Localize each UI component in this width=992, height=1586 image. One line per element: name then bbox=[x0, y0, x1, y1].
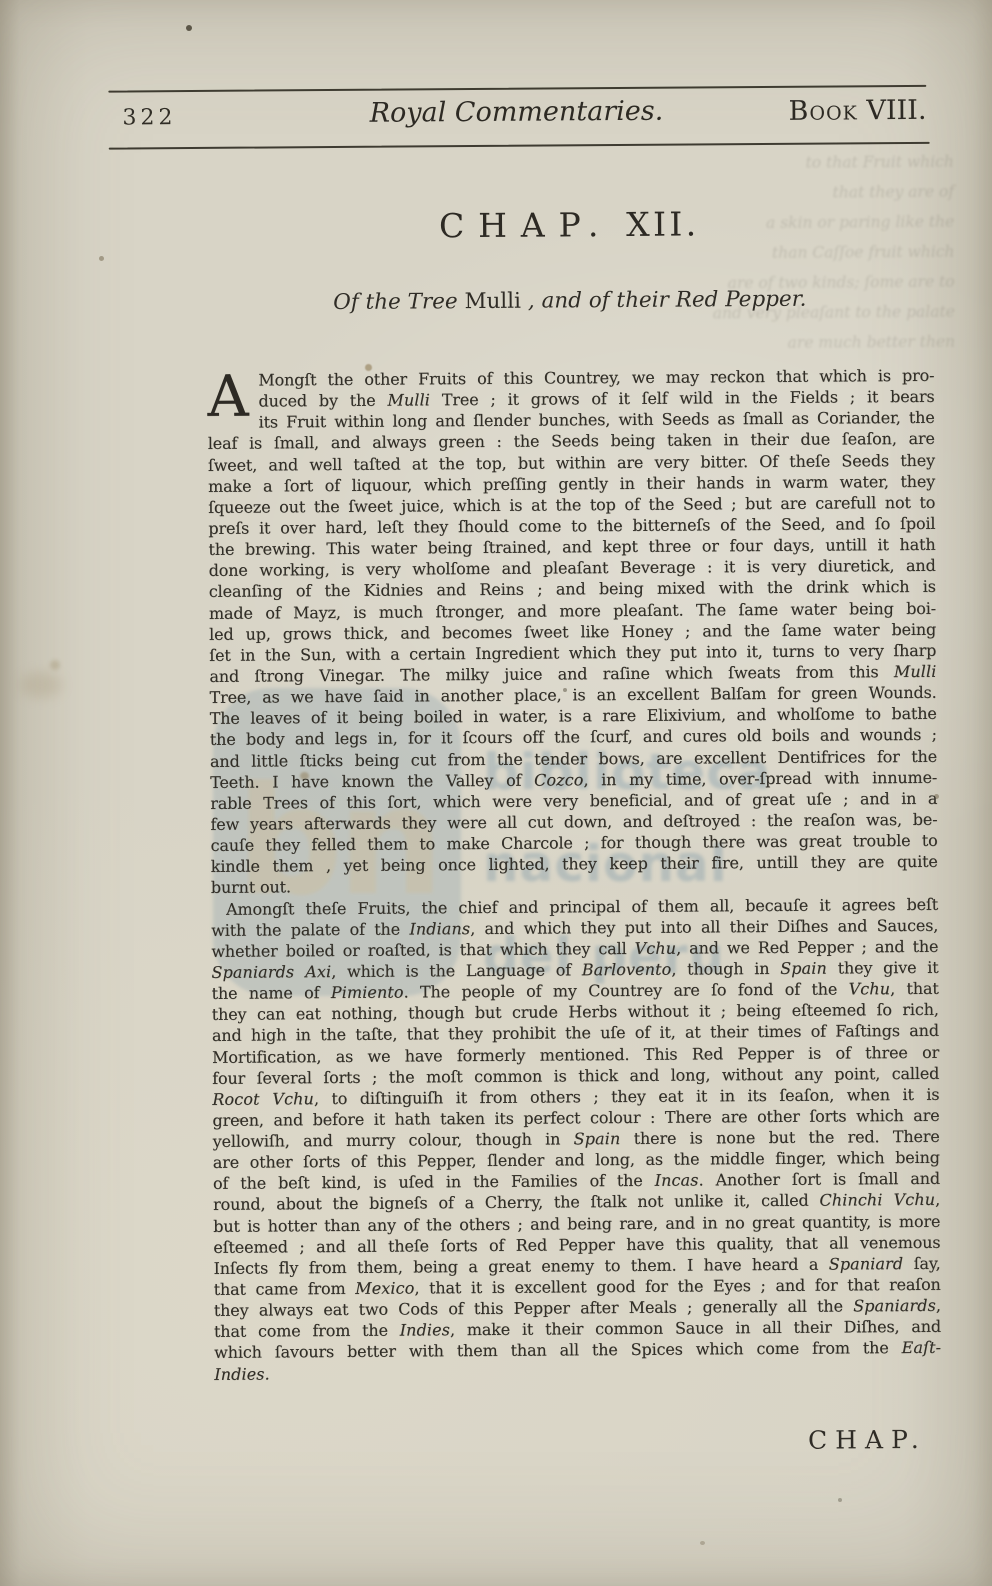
body-text: AMongſt the other Fruits of this Countre… bbox=[207, 365, 941, 1385]
catchword: CHAP. bbox=[808, 1425, 927, 1455]
book-label: Book VIII. bbox=[788, 95, 926, 127]
book-word: Book bbox=[788, 95, 857, 126]
drop-cap: A bbox=[207, 372, 251, 422]
header-rule-top bbox=[108, 85, 926, 93]
book-numeral: VIII. bbox=[866, 95, 926, 126]
bleedthrough-text: to that Fruit whichthat they are ofa ski… bbox=[624, 147, 955, 359]
header-rule-bottom bbox=[109, 142, 930, 150]
paragraph: Amongſt theſe Fruits, the chief and prin… bbox=[211, 893, 941, 1384]
printed-content: to that Fruit whichthat they are ofa ski… bbox=[0, 0, 992, 1586]
scanned-book-page: bn biblioteca nacional del peru to that … bbox=[0, 0, 992, 1586]
paragraph: AMongſt the other Fruits of this Countre… bbox=[207, 365, 938, 899]
chapter-label: CHAP. bbox=[439, 205, 612, 245]
chapter-numeral: XII. bbox=[626, 204, 700, 244]
ghost-line: are much better then bbox=[625, 327, 955, 359]
chapter-subtitle: Of the Tree Mulli , and of their Red Pep… bbox=[207, 286, 933, 316]
chapter-heading: CHAP.XII. bbox=[206, 203, 932, 247]
ghost-line: to that Fruit which bbox=[624, 147, 954, 179]
